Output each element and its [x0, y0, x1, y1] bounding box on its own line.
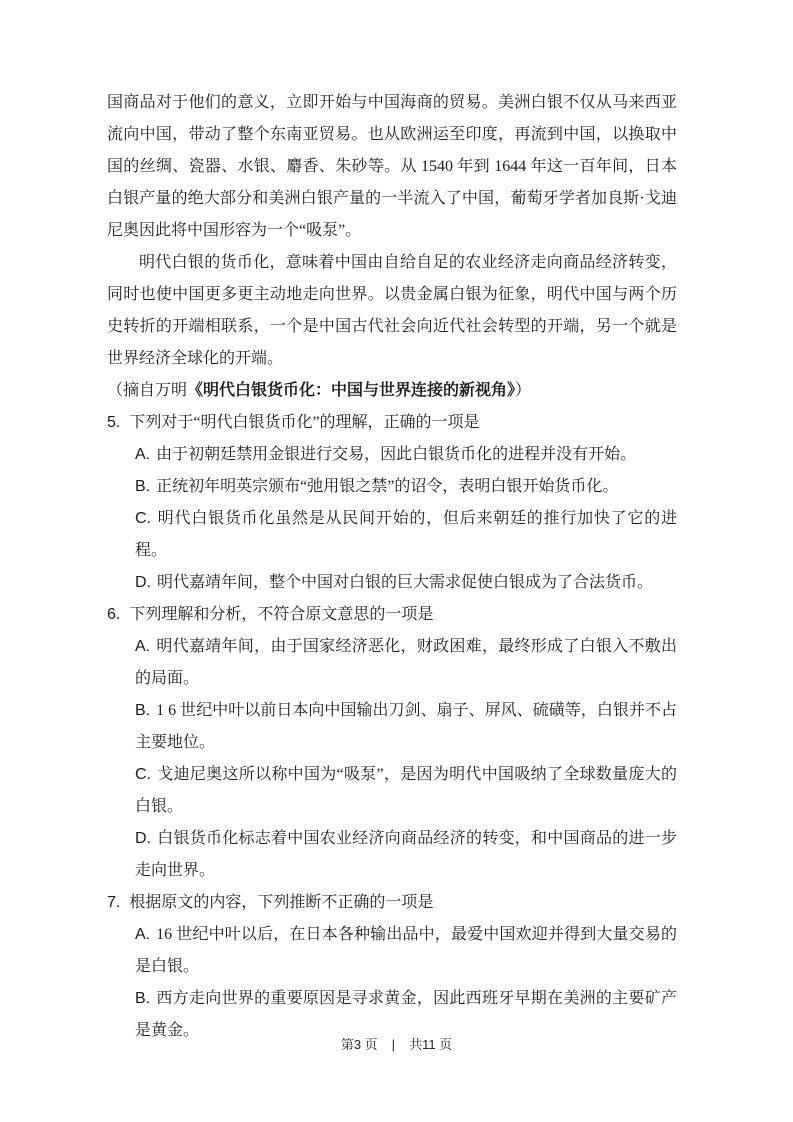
- question-6-option-a-text: 明代嘉靖年间，由于国家经济恶化，财政困难，最终形成了白银入不敷出的局面。: [135, 638, 677, 687]
- question-5-option-b-text: 正统初年明英宗颁布“弛用银之禁”的诏令，表明白银开始货币化。: [156, 478, 618, 495]
- question-6-option-b: B.1 6 世纪中叶以前日本向中国输出刀剑、扇子、屏风、硫磺等，白银并不占主要地…: [135, 695, 677, 759]
- question-6-option-a: A.明代嘉靖年间，由于国家经济恶化，财政困难，最终形成了白银入不敷出的局面。: [135, 631, 677, 695]
- question-6-option-d: D.白银货币化标志着中国农业经济向商品经济的转变，和中国商品的进一步走向世界。: [135, 823, 677, 887]
- question-5-option-b-label: B.: [135, 478, 150, 495]
- question-7-number: 7.: [107, 894, 120, 911]
- question-7-option-b-text: 西方走向世界的重要原因是寻求黄金，因此西班牙早期在美洲的主要矿产是黄金。: [135, 990, 677, 1039]
- question-6-option-c-text: 戈迪尼奥这所以称中国为“吸泵”，是因为明代中国吸纳了全球数量庞大的白银。: [135, 766, 677, 815]
- question-5-option-c-text: 明代白银货币化虽然是从民间开始的，但后来朝廷的推行加快了它的进程。: [135, 510, 677, 559]
- question-5-option-a-text: 由于初朝廷禁用金银进行交易，因此白银货币化的进程并没有开始。: [156, 446, 636, 463]
- question-7-option-a-text: 16 世纪中叶以后，在日本各种输出品中，最爱中国欢迎并得到大量交易的是白银。: [135, 926, 677, 975]
- question-6-option-b-label: B.: [135, 702, 150, 719]
- footer-separator: |: [392, 1036, 395, 1054]
- question-6-option-d-label: D.: [135, 830, 151, 847]
- question-7-stem: 7.根据原文的内容，下列推断不正确的一项是: [107, 887, 677, 919]
- question-6-stem: 6.下列理解和分析，不符合原文意思的一项是: [107, 599, 677, 631]
- question-6: 6.下列理解和分析，不符合原文意思的一项是 A.明代嘉靖年间，由于国家经济恶化，…: [107, 599, 677, 887]
- question-6-number: 6.: [107, 606, 120, 623]
- question-6-option-c: C.戈迪尼奥这所以称中国为“吸泵”，是因为明代中国吸纳了全球数量庞大的白银。: [135, 759, 677, 823]
- question-5-option-d-label: D.: [135, 574, 151, 591]
- question-6-option-a-label: A.: [135, 638, 150, 655]
- question-7-option-b-label: B.: [135, 990, 150, 1007]
- question-5-option-a-label: A.: [135, 446, 150, 463]
- question-6-option-c-label: C.: [135, 766, 151, 783]
- question-5-option-d-text: 明代嘉靖年间，整个中国对白银的巨大需求促使白银成为了合法货币。: [157, 574, 653, 591]
- question-6-option-d-text: 白银货币化标志着中国农业经济向商品经济的转变，和中国商品的进一步走向世界。: [135, 830, 677, 879]
- question-5-option-b: B.正统初年明英宗颁布“弛用银之禁”的诏令，表明白银开始货币化。: [135, 471, 677, 503]
- footer-total-pages: 共11 页: [409, 1037, 452, 1052]
- question-6-stem-text: 下列理解和分析，不符合原文意思的一项是: [129, 606, 433, 623]
- question-5-option-d: D.明代嘉靖年间，整个中国对白银的巨大需求促使白银成为了合法货币。: [135, 567, 677, 599]
- passage-paragraph-1: 国商品对于他们的意义，立即开始与中国海商的贸易。美洲白银不仅从马来西亚流向中国，…: [107, 87, 677, 247]
- question-6-option-b-text: 1 6 世纪中叶以前日本向中国输出刀剑、扇子、屏风、硫磺等，白银并不占主要地位。: [135, 702, 677, 751]
- question-5-stem-text: 下列对于“明代白银货币化”的理解，正确的一项是: [129, 414, 479, 431]
- page-content: 国商品对于他们的意义，立即开始与中国海商的贸易。美洲白银不仅从马来西亚流向中国，…: [107, 87, 677, 1047]
- question-5-stem: 5.下列对于“明代白银货币化”的理解，正确的一项是: [107, 407, 677, 439]
- passage-attribution: （摘自万明《明代白银货币化：中国与世界连接的新视角》）: [107, 375, 677, 407]
- reading-passage: 国商品对于他们的意义，立即开始与中国海商的贸易。美洲白银不仅从马来西亚流向中国，…: [107, 87, 677, 407]
- question-7: 7.根据原文的内容，下列推断不正确的一项是 A.16 世纪中叶以后，在日本各种输…: [107, 887, 677, 1047]
- question-5-option-c: C.明代白银货币化虽然是从民间开始的，但后来朝廷的推行加快了它的进程。: [135, 503, 677, 567]
- exam-paper-page: 国商品对于他们的意义，立即开始与中国海商的贸易。美洲白银不仅从马来西亚流向中国，…: [0, 0, 793, 1122]
- footer-page-number: 第3 页: [341, 1037, 378, 1052]
- question-5-option-a: A.由于初朝廷禁用金银进行交易，因此白银货币化的进程并没有开始。: [135, 439, 677, 471]
- passage-paragraph-2: 明代白银的货币化，意味着中国由自给自足的农业经济走向商品经济转变，同时也使中国更…: [107, 247, 677, 375]
- attribution-prefix: （摘自万明: [107, 382, 187, 399]
- attribution-book-title: 《明代白银货币化：中国与世界连接的新视角》: [187, 382, 515, 399]
- question-7-option-a: A.16 世纪中叶以后，在日本各种输出品中，最爱中国欢迎并得到大量交易的是白银。: [135, 919, 677, 983]
- page-footer: 第3 页|共11 页: [0, 1036, 793, 1054]
- question-7-stem-text: 根据原文的内容，下列推断不正确的一项是: [129, 894, 433, 911]
- question-5-number: 5.: [107, 414, 120, 431]
- attribution-suffix: ）: [515, 382, 531, 399]
- question-7-option-a-label: A.: [135, 926, 150, 943]
- question-5-option-c-label: C.: [135, 510, 151, 527]
- question-5: 5.下列对于“明代白银货币化”的理解，正确的一项是 A.由于初朝廷禁用金银进行交…: [107, 407, 677, 599]
